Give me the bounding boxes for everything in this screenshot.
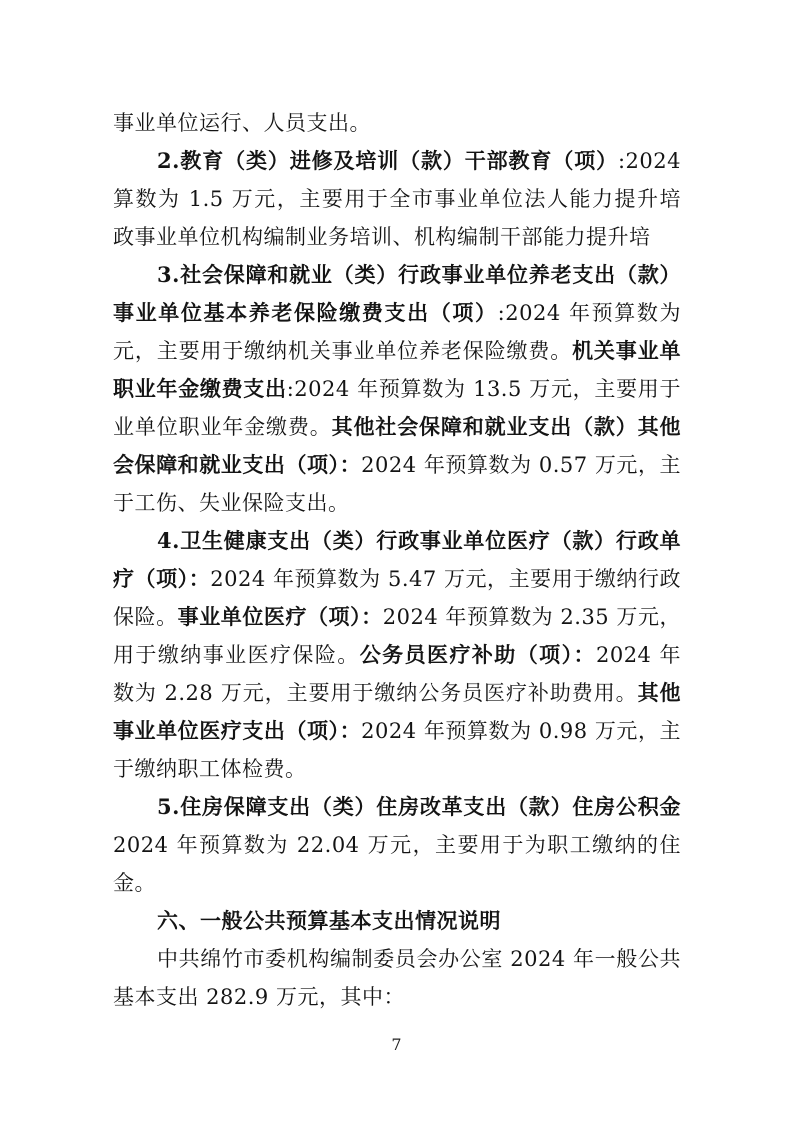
text-run: 用于缴纳事业医疗保险。	[113, 643, 360, 667]
text-line: 六、一般公共预算基本支出情况说明	[113, 902, 681, 940]
text-line: 政事业单位机构编制业务培训、机构编制干部能力提升培训。	[113, 218, 681, 256]
text-line: 事业单位基本养老保险缴费支出（项）:2024 年预算数为 27 万	[113, 294, 681, 332]
text-run: 于缴纳职工体检费。	[113, 757, 307, 781]
text-run: 保险。	[113, 605, 178, 629]
paragraph: 3.社会保障和就业（类）行政事业单位养老支出（款）机关事业单位基本养老保险缴费支…	[113, 256, 681, 522]
text-run: 中共绵竹市委机构编制委员会办公室 2024 年一般公共预算	[157, 947, 681, 978]
text-line: 中共绵竹市委机构编制委员会办公室 2024 年一般公共预算	[113, 940, 681, 978]
text-line: 于工伤、失业保险支出。	[113, 484, 681, 522]
text-run: 金。	[113, 871, 156, 895]
bold-text-run: 六、一般公共预算基本支出情况说明	[157, 909, 501, 933]
bold-text-run: 事业单位医疗（项）：	[178, 604, 383, 629]
bold-text-run: 事业单位基本养老保险缴费支出（项）	[113, 300, 498, 325]
page-number: 7	[391, 1035, 401, 1054]
document-body: 事业单位运行、人员支出。2.教育（类）进修及培训（款）干部教育（项）:2024 …	[113, 104, 681, 1016]
text-line: 元，主要用于缴纳机关事业单位养老保险缴费。机关事业单位	[113, 332, 681, 370]
text-line: 2.教育（类）进修及培训（款）干部教育（项）:2024 年预	[113, 142, 681, 180]
text-line: 算数为 1.5 万元，主要用于全市事业单位法人能力提升培训、行	[113, 180, 681, 218]
document-page: 事业单位运行、人员支出。2.教育（类）进修及培训（款）干部教育（项）:2024 …	[0, 0, 793, 1122]
paragraph: 中共绵竹市委机构编制委员会办公室 2024 年一般公共预算基本支出 282.9 …	[113, 940, 681, 1016]
text-line: 业单位职业年金缴费。其他社会保障和就业支出（款）其他社	[113, 408, 681, 446]
text-run: 算数为 1.5 万元，主要用于全市事业单位法人能力提升培训、行	[113, 187, 681, 218]
text-line: 疗（项）：2024 年预算数为 5.47 万元，主要用于缴纳行政医疗	[113, 560, 681, 598]
paragraph: 事业单位运行、人员支出。	[113, 104, 681, 142]
text-line: 数为 2.28 万元，主要用于缴纳公务员医疗补助费用。其他行政	[113, 674, 681, 712]
text-line: 事业单位医疗支出（项）：2024 年预算数为 0.98 万元，主要用	[113, 712, 681, 750]
bold-text-run: 会保障和就业支出（项）：	[113, 452, 361, 477]
text-run: 基本支出 282.9 万元，其中：	[113, 985, 405, 1009]
text-run: 政事业单位机构编制业务培训、机构编制干部能力提升培训。	[113, 225, 651, 256]
text-line: 金。	[113, 864, 681, 902]
text-run: 数为 2.28 万元，主要用于缴纳公务员医疗补助费用。	[113, 681, 638, 705]
text-line: 会保障和就业支出（项）：2024 年预算数为 0.57 万元，主要用	[113, 446, 681, 484]
bold-text-run: 职业年金缴费支出	[113, 376, 287, 401]
text-line: 基本支出 282.9 万元，其中：	[113, 978, 681, 1016]
text-line: 5.住房保障支出（类）住房改革支出（款）住房公积金（项）:	[113, 788, 681, 826]
bold-text-run: 疗（项）：	[113, 566, 210, 591]
bold-text-run: 4.卫生健康支出（类）行政事业单位医疗（款）行政单位医	[157, 528, 681, 560]
paragraph: 4.卫生健康支出（类）行政事业单位医疗（款）行政单位医疗（项）：2024 年预算…	[113, 522, 681, 788]
text-line: 4.卫生健康支出（类）行政事业单位医疗（款）行政单位医	[113, 522, 681, 560]
bold-text-run: 事业单位医疗支出（项）：	[113, 718, 361, 743]
bold-text-run: 5.住房保障支出（类）住房改革支出（款）住房公积金（项）:	[157, 794, 681, 826]
text-run: 事业单位运行、人员支出。	[113, 111, 371, 135]
text-line: 2024 年预算数为 22.04 万元，主要用于为职工缴纳的住房公积	[113, 826, 681, 864]
text-line: 3.社会保障和就业（类）行政事业单位养老支出（款）机关	[113, 256, 681, 294]
text-run: 于工伤、失业保险支出。	[113, 491, 350, 515]
text-line: 于缴纳职工体检费。	[113, 750, 681, 788]
text-line: 事业单位运行、人员支出。	[113, 104, 681, 142]
text-line: 保险。事业单位医疗（项）：2024 年预算数为 2.35 万元，主要	[113, 598, 681, 636]
text-line: 用于缴纳事业医疗保险。公务员医疗补助（项）：2024 年预算	[113, 636, 681, 674]
bold-text-run: 2.教育（类）进修及培训（款）干部教育（项）	[157, 148, 618, 173]
bold-text-run: 3.社会保障和就业（类）行政事业单位养老支出（款）机关	[157, 262, 681, 294]
text-line: 职业年金缴费支出:2024 年预算数为 13.5 万元，主要用于机关事	[113, 370, 681, 408]
section-heading: 六、一般公共预算基本支出情况说明	[113, 902, 681, 940]
paragraph: 2.教育（类）进修及培训（款）干部教育（项）:2024 年预算数为 1.5 万元…	[113, 142, 681, 256]
text-run: 元，主要用于缴纳机关事业单位养老保险缴费。	[113, 339, 572, 363]
text-run: 2024 年预算数为 22.04 万元，主要用于为职工缴纳的住房公积	[113, 833, 681, 864]
text-run: 业单位职业年金缴费。	[113, 415, 332, 439]
page-footer: 7	[0, 1034, 793, 1056]
bold-text-run: 公务员医疗补助（项）：	[360, 642, 596, 667]
paragraph: 5.住房保障支出（类）住房改革支出（款）住房公积金（项）:2024 年预算数为 …	[113, 788, 681, 902]
